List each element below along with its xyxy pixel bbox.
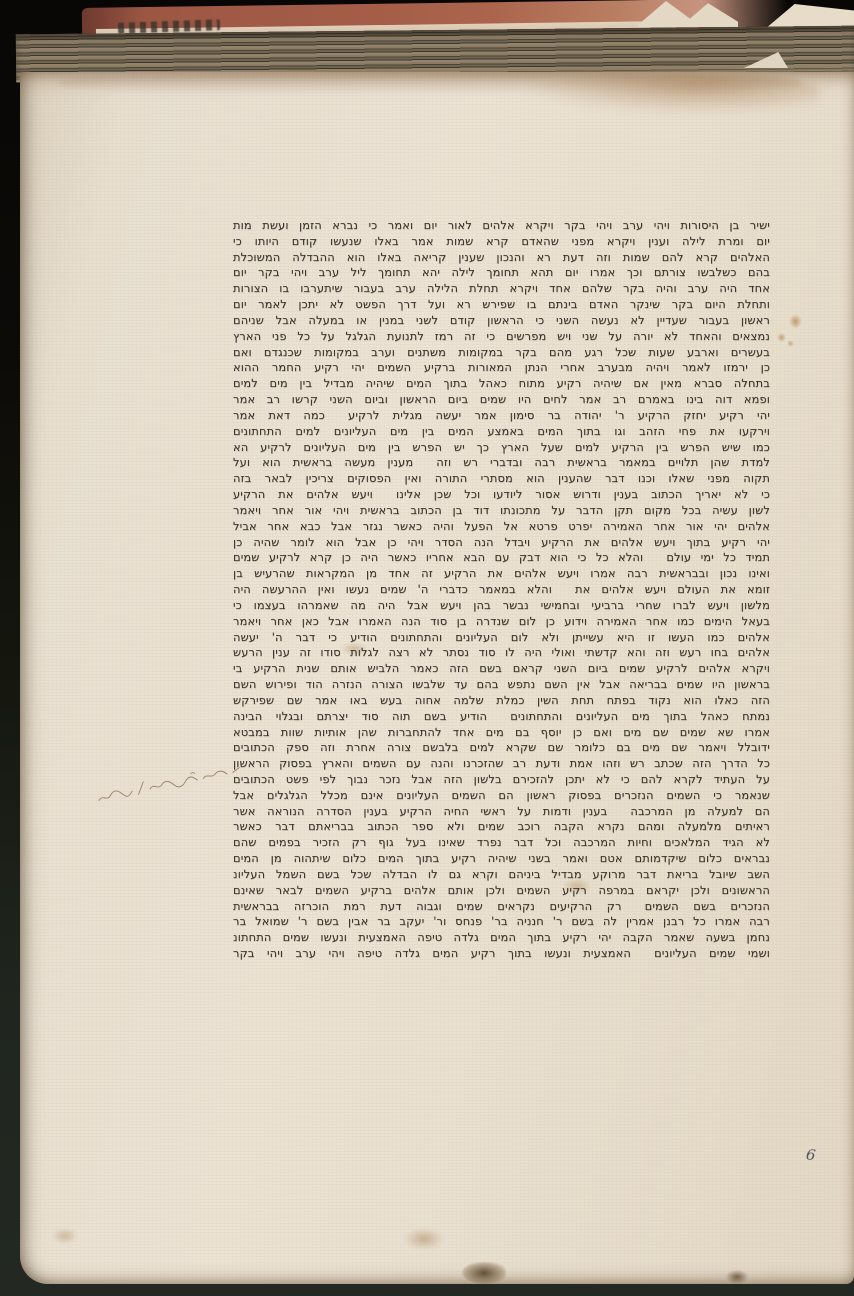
text-line: ראיתים מלמעלה ומהם נקרא הקבה רוכב שמים ו… [233, 819, 770, 835]
text-line: ויקרא אלהים לרקיע שמים ביום השני קראם בש… [233, 661, 770, 677]
text-line: תמיד כל ימי עולם והלא כל כי הוא דבק עם ה… [233, 550, 770, 566]
text-line: ותחלת היום בקר שינקר האדם בינתם בו שפירש… [233, 297, 770, 313]
text-line: מלשון ויעש לברו שחרי ברביעי ובחמישי נבשר… [233, 598, 770, 614]
text-line: ופמא דוה בינו באמרם רב אמר לחים היו שמים… [233, 392, 770, 408]
text-line: שנאמר כי השמים הנזכרים בפסוק ראשון הם הש… [233, 788, 770, 804]
text-line: הנזכרים בשם השמים רק הרקיעים נקראים שמים… [233, 899, 770, 915]
text-line: אחד היה ערב והיה בקר שלהם אחד ויקרא תחלת… [233, 281, 770, 297]
printed-text-block: ישיר בן היסורות ויהי ערב ויהי בקר ויקרא … [233, 218, 770, 962]
digitized-book-page-photo: ישיר בן היסורות ויהי ערב ויהי בקר ויקרא … [0, 0, 854, 1296]
text-line: ושמי שמים העליונים האמצעית ונעשו בתוך רק… [233, 946, 770, 962]
text-line: נחמן בשעה שאמר הקבה יהי רקיע בתוך המים ג… [233, 930, 770, 946]
text-line: בהם כשלבשו צורתם וכך אמרו יום תהא תחומך … [233, 265, 770, 281]
text-line: על העתיד לקרא להם כי לא יתכן להזכירם בלש… [233, 772, 770, 788]
text-line: נמתח כאהל בתוך מים העליונים והתחתונים הו… [233, 709, 770, 725]
text-line: כי לא יאריך הכתוב בענין ודרוש אסור ליודע… [233, 487, 770, 503]
text-line: אמרו שא שמים שם מים ואם כן יוסף בם מים א… [233, 725, 770, 741]
text-line: לא הגיד המלאכים וחיות המרכבה וכל דבר נפר… [233, 835, 770, 851]
text-line: יהי רקיע בתוך ויעש אלהים את הרקיע ויבדל … [233, 535, 770, 551]
text-line: ידובלל ויאמר שם מים בם כלומר שם שקרא למי… [233, 740, 770, 756]
text-line: נמצאים והאחד לא יורה על שני ויש מפרשים כ… [233, 329, 770, 345]
text-line: כל הדרך הזה שכתב רש וזהו אמת ודעת רב שהז… [233, 756, 770, 772]
text-line: יום ומרת לילה וענין ויקרא מפני שהאדם קרא… [233, 234, 770, 250]
text-line: הזה כאלו הוא נקוד בפתח תחת השין כמלת שלמ… [233, 693, 770, 709]
text-line: כן ירמזו לאמר ויהיה מבערב אחרי הנתן המאו… [233, 360, 770, 376]
text-line: תקוה מפני שאלו וכנו דבר שהענין הוא מסתרי… [233, 471, 770, 487]
text-line: ישיר בן היסורות ויהי ערב ויהי בקר ויקרא … [233, 218, 770, 234]
text-line: הם למעלה מן המרכבה בענין ודמות על ראשי ה… [233, 804, 770, 820]
text-line: ראשון בעבור שעדיין לא נעשה השני כי הראשו… [233, 313, 770, 329]
text-line: בתחלה סברא מאין אם שיהיה רקיע מתוח כאהל … [233, 376, 770, 392]
text-line: האלהים קרא להם שמות וזה דעת רא והנכון שע… [233, 250, 770, 266]
text-line: ואינו נכון ובבראשית רבה אמרו ויעש אלהים … [233, 566, 770, 582]
text-line: וירקעו את פחי הזהב וגו בתוך המים באמצע ה… [233, 424, 770, 440]
text-line: בעשרים וארבע שעות שכל רגע מהם בקר במקומו… [233, 345, 770, 361]
folio-number: 6 [805, 1145, 817, 1164]
text-line: בעאל הימים כמו אחר האמירה וידוע כן לום ש… [233, 614, 770, 630]
text-line: לשון עשיה בכל מקום תקן הדבר על מתכונתו ד… [233, 503, 770, 519]
text-line: נבראים כלום שיקדמותם אטם ואמר בשני שיהיה… [233, 851, 770, 867]
text-line: אלהים יהי אור אחר האמירה יפרט פרטא אל הפ… [233, 519, 770, 535]
text-line: השב שיובל בריאת דבר מרוקע מבדיל ביניהם ו… [233, 867, 770, 883]
text-line: בראשון היו שמים בבריאה אבל אין השם נתפש … [233, 677, 770, 693]
text-line: אלהים בחו רעש וזה והא קדשתי ואולי היה לו… [233, 645, 770, 661]
text-line: למדת שהן תלויים במאמר בראשית רבה ובדברי … [233, 455, 770, 471]
text-line: כמו שיש הפרש בין הרקיע למים שעל הארץ כך … [233, 440, 770, 456]
text-line: זומא את העולם ויעש אלהים את והלא במאמר כ… [233, 582, 770, 598]
text-line: אלהים כמו העשו זו היא עשייתן ולא לום העל… [233, 630, 770, 646]
text-line: רבה אמרו כל רבנן אמרין לה בשם ר' חנניה ב… [233, 914, 770, 930]
text-line: הראשונים ולכן יקראם במרפה רקיע השמים ולכ… [233, 883, 770, 899]
text-line: יהי רקיע יחזק הרקיע ר' יהודה בר סימון אמ… [233, 408, 770, 424]
